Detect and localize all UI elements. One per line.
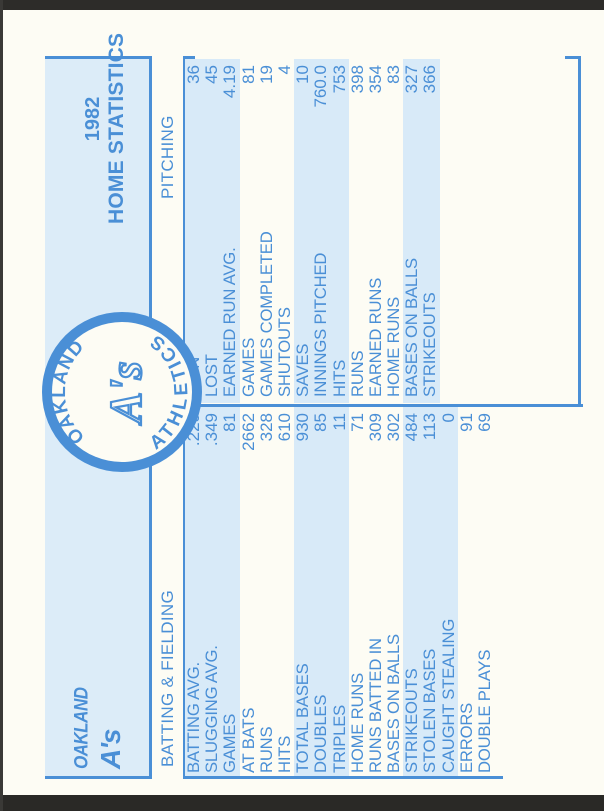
stat-label: ERRORS	[458, 703, 476, 773]
team-city: OAKLAND	[70, 688, 93, 770]
stat-label: HOME RUNS	[349, 673, 367, 773]
table-row: TRIPLES11	[331, 407, 349, 779]
season-year: 1982	[82, 59, 105, 179]
table-row: BASES ON BALLS327	[403, 59, 421, 403]
table-row: STRIKEOUTS484	[403, 407, 421, 779]
stat-label: BATTING AVG.	[185, 662, 203, 773]
batting-section-header: BATTING & FIELDING	[158, 590, 178, 767]
card-title: HOME STATISTICS	[105, 33, 129, 224]
table-row: TOTAL BASES930	[294, 407, 312, 779]
stat-label: GAMES COMPLETED	[258, 231, 276, 397]
logo-center-text: A's	[100, 361, 151, 425]
table-row: INNINGS PITCHED760.0	[312, 59, 330, 403]
stat-value: 302	[385, 413, 403, 441]
stat-label: DOUBLES	[312, 695, 330, 773]
stat-label: TRIPLES	[331, 705, 349, 773]
stats-panel: OAKLAND A's 1982 HOME STATISTICS BATTING…	[45, 31, 580, 779]
stat-label: SHUTOUTS	[276, 307, 294, 397]
stat-label: STRIKEOUTS	[403, 669, 421, 773]
pitching-section-header: PITCHING	[158, 115, 178, 199]
table-row: HITS610	[276, 407, 294, 779]
table-row: STRIKEOUTS366	[421, 59, 439, 403]
stat-value: 484	[403, 413, 421, 441]
stat-value: 366	[421, 65, 439, 93]
table-row: CAUGHT STEALING0	[440, 407, 458, 779]
table-right-rule-top	[183, 56, 195, 59]
table-row: DOUBLE PLAYS69	[476, 407, 494, 779]
table-row: EARNED RUNS354	[367, 59, 385, 403]
stat-label: CAUGHT STEALING	[440, 619, 458, 773]
table-row: GAMES81	[240, 59, 258, 403]
stat-label: EARNED RUNS	[367, 278, 385, 397]
table-left-rule	[183, 776, 503, 779]
stat-value: 930	[294, 413, 312, 441]
stat-value: 81	[221, 413, 239, 432]
stat-value: 760.0	[312, 65, 330, 108]
table-row: ERRORS91	[458, 407, 476, 779]
stat-value: 309	[367, 413, 385, 441]
stat-label: SAVES	[294, 344, 312, 397]
stat-value: 85	[312, 413, 330, 432]
stat-label: TOTAL BASES	[294, 663, 312, 773]
pitching-table: WON36 LOST45 EARNED RUN AVG.4.19 GAMES81…	[185, 59, 440, 403]
baseball-card-back: OAKLAND A's 1982 HOME STATISTICS BATTING…	[0, 0, 604, 811]
stat-label: RUNS BATTED IN	[367, 638, 385, 773]
table-row: GAMES COMPLETED19	[258, 59, 276, 403]
stat-label: DOUBLE PLAYS	[476, 650, 494, 773]
stat-value: 11	[331, 413, 349, 431]
table-row: HOME RUNS71	[349, 407, 367, 779]
stat-value: 4	[276, 65, 294, 74]
stat-label: RUNS	[349, 351, 367, 397]
stat-value: 328	[258, 413, 276, 441]
header-left-rule	[45, 776, 150, 779]
stat-label: HOME RUNS	[385, 297, 403, 397]
table-row: SAVES10	[294, 59, 312, 403]
stat-label: EARNED RUN AVG.	[221, 247, 239, 397]
table-row: DOUBLES85	[312, 407, 330, 779]
stat-label: GAMES	[240, 338, 258, 397]
table-row: AT BATS2662	[240, 407, 258, 779]
stat-value: 2662	[240, 413, 258, 451]
table-right-rule-bottom	[565, 56, 581, 59]
stat-value: 81	[240, 65, 258, 84]
table-row: HOME RUNS83	[385, 59, 403, 403]
scan-edge-left	[0, 0, 3, 811]
stat-value: 327	[403, 65, 421, 93]
stat-label: HITS	[276, 736, 294, 773]
table-row: GAMES81	[221, 407, 239, 779]
athletics-logo-icon: OAKLAND ATHLETICS A's	[37, 307, 207, 477]
stat-label: GAMES	[221, 714, 239, 773]
table-row: SHUTOUTS4	[276, 59, 294, 403]
stat-value: 354	[367, 65, 385, 93]
table-row: BASES ON BALLS302	[385, 407, 403, 779]
table-row: STOLEN BASES113	[421, 407, 439, 779]
table-row: RUNS BATTED IN309	[367, 407, 385, 779]
table-row: RUNS398	[349, 59, 367, 403]
stat-value: 83	[385, 65, 403, 84]
stat-label: SLUGGING AVG.	[203, 645, 221, 773]
table-row: EARNED RUN AVG.4.19	[221, 59, 239, 403]
batting-table: BATTING AVG..229 SLUGGING AVG..349 GAMES…	[185, 407, 494, 779]
stat-label: HITS	[331, 360, 349, 397]
stat-value: 4.19	[221, 65, 239, 98]
stat-value: 91	[458, 413, 476, 432]
scan-edge-top	[0, 0, 604, 10]
stat-value: 19	[258, 65, 276, 84]
table-bottom-rule	[578, 56, 581, 407]
stat-value: 753	[331, 65, 349, 93]
stat-value: 610	[276, 413, 294, 441]
stat-label: RUNS	[258, 727, 276, 773]
stat-label: INNINGS PITCHED	[312, 253, 330, 397]
stat-value: 113	[421, 413, 439, 440]
stat-value: 71	[349, 413, 367, 432]
stat-label: BASES ON BALLS	[385, 634, 403, 773]
stat-value: 45	[203, 65, 221, 84]
scan-edge-bottom	[0, 795, 604, 811]
stat-value: 69	[476, 413, 494, 432]
stat-label: STRIKEOUTS	[421, 293, 439, 397]
stat-value: 10	[294, 65, 312, 84]
stat-label: STOLEN BASES	[421, 649, 439, 773]
stat-value: 36	[185, 65, 203, 84]
column-divider	[183, 404, 583, 407]
card-photo-frame: OAKLAND A's 1982 HOME STATISTICS BATTING…	[0, 0, 604, 811]
stat-label: BASES ON BALLS	[403, 258, 421, 397]
stat-label: AT BATS	[240, 708, 258, 773]
table-row: HITS753	[331, 59, 349, 403]
stat-value: 0	[440, 413, 458, 422]
team-name: A's	[95, 730, 127, 769]
stat-value: 398	[349, 65, 367, 93]
table-row: RUNS328	[258, 407, 276, 779]
